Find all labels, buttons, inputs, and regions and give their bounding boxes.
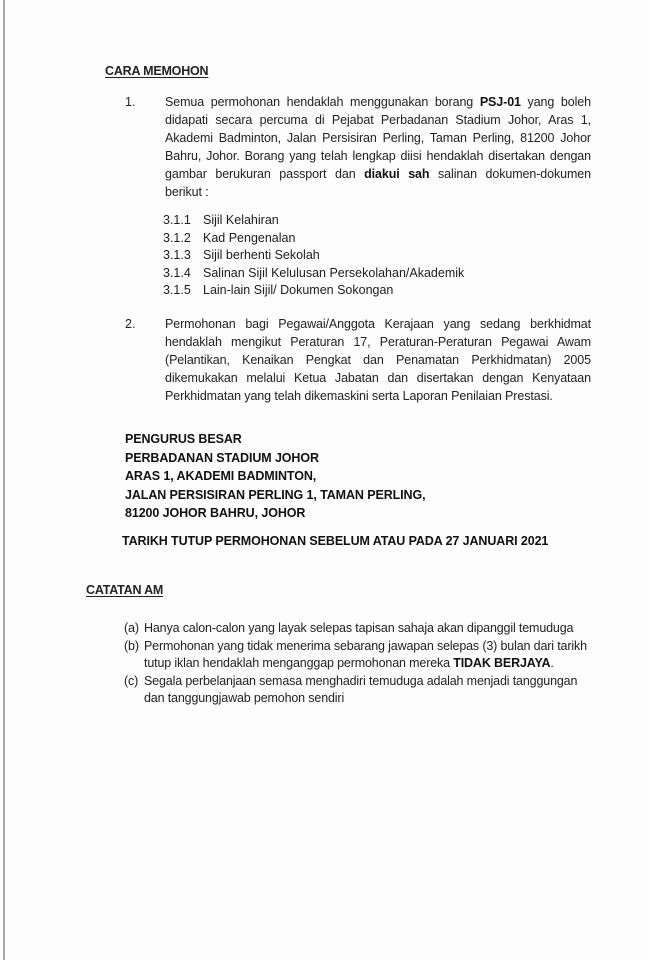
list-item: (a)Hanya calon-calon yang layak selepas … bbox=[124, 620, 590, 638]
sub-item-number: 3.1.5 bbox=[163, 282, 203, 300]
sub-item-number: 3.1.3 bbox=[163, 247, 203, 265]
note-text-end: . bbox=[550, 656, 553, 670]
document-page: CARA MEMOHON 1. Semua permohonan hendakl… bbox=[0, 0, 649, 960]
item-2-paragraph: Permohonan bagi Pegawai/Anggota Kerajaan… bbox=[165, 315, 591, 405]
closing-date: TARIKH TUTUP PERMOHONAN SEBELUM ATAU PAD… bbox=[122, 534, 548, 548]
required-documents-list: 3.1.1Sijil Kelahiran 3.1.2Kad Pengenalan… bbox=[163, 212, 464, 300]
list-item: 3.1.3Sijil berhenti Sekolah bbox=[163, 247, 464, 265]
item-number-1: 1. bbox=[125, 95, 135, 109]
list-item: 3.1.5Lain-lain Sijil/ Dokumen Sokongan bbox=[163, 282, 464, 300]
address-line: JALAN PERSISIRAN PERLING 1, TAMAN PERLIN… bbox=[125, 486, 425, 505]
address-line: ARAS 1, AKADEMI BADMINTON, bbox=[125, 467, 425, 486]
address-line: PERBADANAN STADIUM JOHOR bbox=[125, 449, 425, 468]
sub-item-number: 3.1.1 bbox=[163, 212, 203, 230]
list-item: 3.1.1Sijil Kelahiran bbox=[163, 212, 464, 230]
item-1-paragraph: Semua permohonan hendaklah menggunakan b… bbox=[165, 93, 591, 201]
note-text: Hanya calon-calon yang layak selepas tap… bbox=[144, 621, 573, 635]
unsuccessful-emphasis: TIDAK BERJAYA bbox=[453, 656, 550, 670]
list-item: 3.1.2Kad Pengenalan bbox=[163, 230, 464, 248]
item-1-text-part-1: Semua permohonan hendaklah menggunakan b… bbox=[165, 95, 480, 109]
general-notes-list: (a)Hanya calon-calon yang layak selepas … bbox=[124, 620, 590, 708]
address-line: PENGURUS BESAR bbox=[125, 430, 425, 449]
list-item: 3.1.4Salinan Sijil Kelulusan Persekolaha… bbox=[163, 265, 464, 283]
sub-item-number: 3.1.2 bbox=[163, 230, 203, 248]
sub-item-label: Kad Pengenalan bbox=[203, 231, 295, 245]
list-item: (c)Segala perbelanjaan semasa menghadiri… bbox=[124, 673, 590, 708]
certified-emphasis: diakui sah bbox=[364, 167, 429, 181]
list-item: (b)Permohonan yang tidak menerima sebara… bbox=[124, 638, 590, 673]
note-text: Segala perbelanjaan semasa menghadiri te… bbox=[144, 674, 577, 706]
address-line: 81200 JOHOR BAHRU, JOHOR bbox=[125, 504, 425, 523]
address-block: PENGURUS BESAR PERBADANAN STADIUM JOHOR … bbox=[125, 430, 425, 523]
sub-item-label: Lain-lain Sijil/ Dokumen Sokongan bbox=[203, 283, 393, 297]
form-code: PSJ-01 bbox=[480, 95, 521, 109]
note-label: (a) bbox=[124, 620, 139, 638]
note-label: (c) bbox=[124, 673, 138, 691]
item-number-2: 2. bbox=[125, 317, 135, 331]
section-heading-cara-memohon: CARA MEMOHON bbox=[105, 64, 208, 78]
section-heading-catatan-am: CATATAN AM bbox=[86, 583, 163, 597]
sub-item-label: Sijil Kelahiran bbox=[203, 213, 279, 227]
sub-item-label: Sijil berhenti Sekolah bbox=[203, 248, 320, 262]
note-label: (b) bbox=[124, 638, 139, 656]
sub-item-number: 3.1.4 bbox=[163, 265, 203, 283]
sub-item-label: Salinan Sijil Kelulusan Persekolahan/Aka… bbox=[203, 266, 464, 280]
